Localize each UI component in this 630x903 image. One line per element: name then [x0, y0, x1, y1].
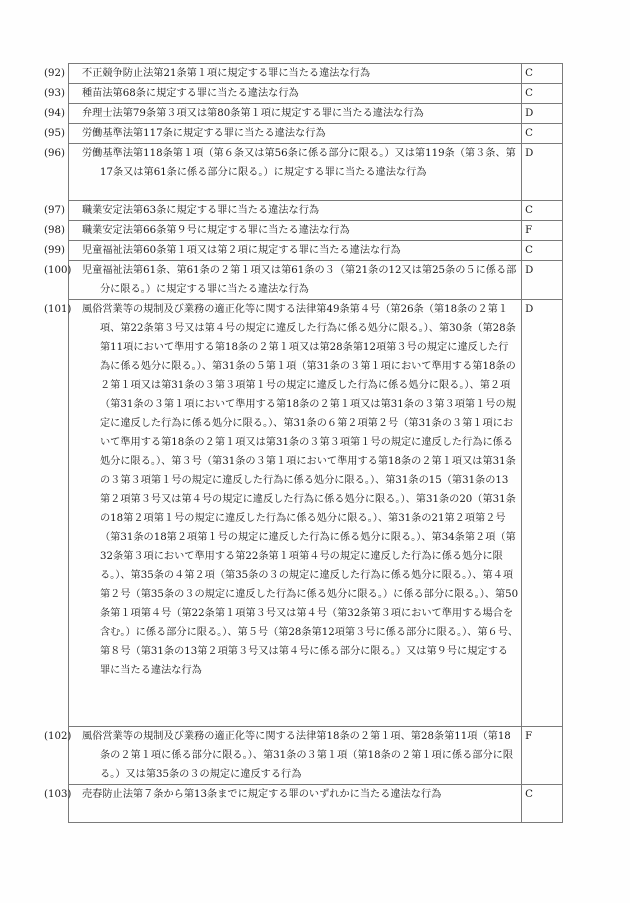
grade-cell: F	[522, 727, 563, 785]
offense-description-cell: (102)風俗営業等の規制及び業務の適正化等に関する法律第18条の２第１項、第2…	[69, 727, 522, 785]
grade-cell: C	[522, 201, 563, 221]
table-row: (103)売春防止法第７条から第13条までに規定する罪のいずれかに当たる違法な行…	[69, 785, 563, 823]
table-row: (92)不正競争防止法第21条第１項に規定する罪に当たる違法な行為 C	[69, 64, 563, 84]
offense-text: 労働基準法第117条に規定する罪に当たる違法な行為	[82, 128, 326, 139]
offense-description-cell: (94)弁理士法第79条第３項又は第80条第１項に規定する罪に当たる違法な行為	[69, 104, 522, 124]
offense-description-cell: (96)労働基準法第118条第１項（第６条又は第56条に係る部分に限る。）又は第…	[69, 144, 522, 201]
offense-text: 風俗営業等の規制及び業務の適正化等に関する法律第49条第４号（第26条（第18条…	[82, 304, 518, 676]
offense-description-cell: (95)労働基準法第117条に規定する罪に当たる違法な行為	[69, 124, 522, 144]
offense-text: 弁理士法第79条第３項又は第80条第１項に規定する罪に当たる違法な行為	[82, 108, 424, 119]
grade-cell: D	[522, 144, 563, 201]
table-row: (93)種苗法第68条に規定する罪に当たる違法な行為 C	[69, 84, 563, 104]
offense-description-cell: (93)種苗法第68条に規定する罪に当たる違法な行為	[69, 84, 522, 104]
offense-text: 児童福祉法第61条、第61条の２第１項又は第61条の３（第21条の12又は第25…	[82, 265, 516, 295]
grade-cell: D	[522, 261, 563, 300]
offense-text: 売春防止法第７条から第13条までに規定する罪のいずれかに当たる違法な行為	[82, 789, 441, 800]
offense-description-cell: (92)不正競争防止法第21条第１項に規定する罪に当たる違法な行為	[69, 64, 522, 84]
offense-description-cell: (101)風俗営業等の規制及び業務の適正化等に関する法律第49条第４号（第26条…	[69, 300, 522, 727]
offense-text: 労働基準法第118条第１項（第６条又は第56条に係る部分に限る。）又は第119条…	[82, 148, 516, 178]
grade-cell: C	[522, 241, 563, 261]
offense-text: 種苗法第68条に規定する罪に当たる違法な行為	[82, 88, 299, 99]
table-row: (100)児童福祉法第61条、第61条の２第１項又は第61条の３（第21条の12…	[69, 261, 563, 300]
grade-cell: D	[522, 104, 563, 124]
grade-cell: C	[522, 785, 563, 823]
table-row: (94)弁理士法第79条第３項又は第80条第１項に規定する罪に当たる違法な行為 …	[69, 104, 563, 124]
offense-description-cell: (103)売春防止法第７条から第13条までに規定する罪のいずれかに当たる違法な行…	[69, 785, 522, 823]
table-row: (95)労働基準法第117条に規定する罪に当たる違法な行為 C	[69, 124, 563, 144]
table-row: (98)職業安定法第66条第９号に規定する罪に当たる違法な行為 F	[69, 221, 563, 241]
grade-cell: C	[522, 64, 563, 84]
offense-text: 児童福祉法第60条第１項又は第２項に規定する罪に当たる違法な行為	[82, 245, 401, 256]
table-row: (102)風俗営業等の規制及び業務の適正化等に関する法律第18条の２第１項、第2…	[69, 727, 563, 785]
grade-cell: F	[522, 221, 563, 241]
offense-description-cell: (100)児童福祉法第61条、第61条の２第１項又は第61条の３（第21条の12…	[69, 261, 522, 300]
table-row: (97)職業安定法第63条に規定する罪に当たる違法な行為 C	[69, 201, 563, 221]
offense-text: 職業安定法第63条に規定する罪に当たる違法な行為	[82, 205, 319, 216]
table-row: (96)労働基準法第118条第１項（第６条又は第56条に係る部分に限る。）又は第…	[69, 144, 563, 201]
offense-description-cell: (97)職業安定法第63条に規定する罪に当たる違法な行為	[69, 201, 522, 221]
offense-classification-table: (92)不正競争防止法第21条第１項に規定する罪に当たる違法な行為 C (93)…	[68, 63, 563, 823]
grade-cell: C	[522, 84, 563, 104]
offense-text: 職業安定法第66条第９号に規定する罪に当たる違法な行為	[82, 225, 350, 236]
offense-description-cell: (98)職業安定法第66条第９号に規定する罪に当たる違法な行為	[69, 221, 522, 241]
table-row: (101)風俗営業等の規制及び業務の適正化等に関する法律第49条第４号（第26条…	[69, 300, 563, 727]
offense-text: 不正競争防止法第21条第１項に規定する罪に当たる違法な行為	[82, 68, 370, 79]
grade-cell: C	[522, 124, 563, 144]
offense-text: 風俗営業等の規制及び業務の適正化等に関する法律第18条の２第１項、第28条第11…	[82, 731, 513, 780]
offense-description-cell: (99)児童福祉法第60条第１項又は第２項に規定する罪に当たる違法な行為	[69, 241, 522, 261]
table-row: (99)児童福祉法第60条第１項又は第２項に規定する罪に当たる違法な行為 C	[69, 241, 563, 261]
grade-cell: D	[522, 300, 563, 727]
